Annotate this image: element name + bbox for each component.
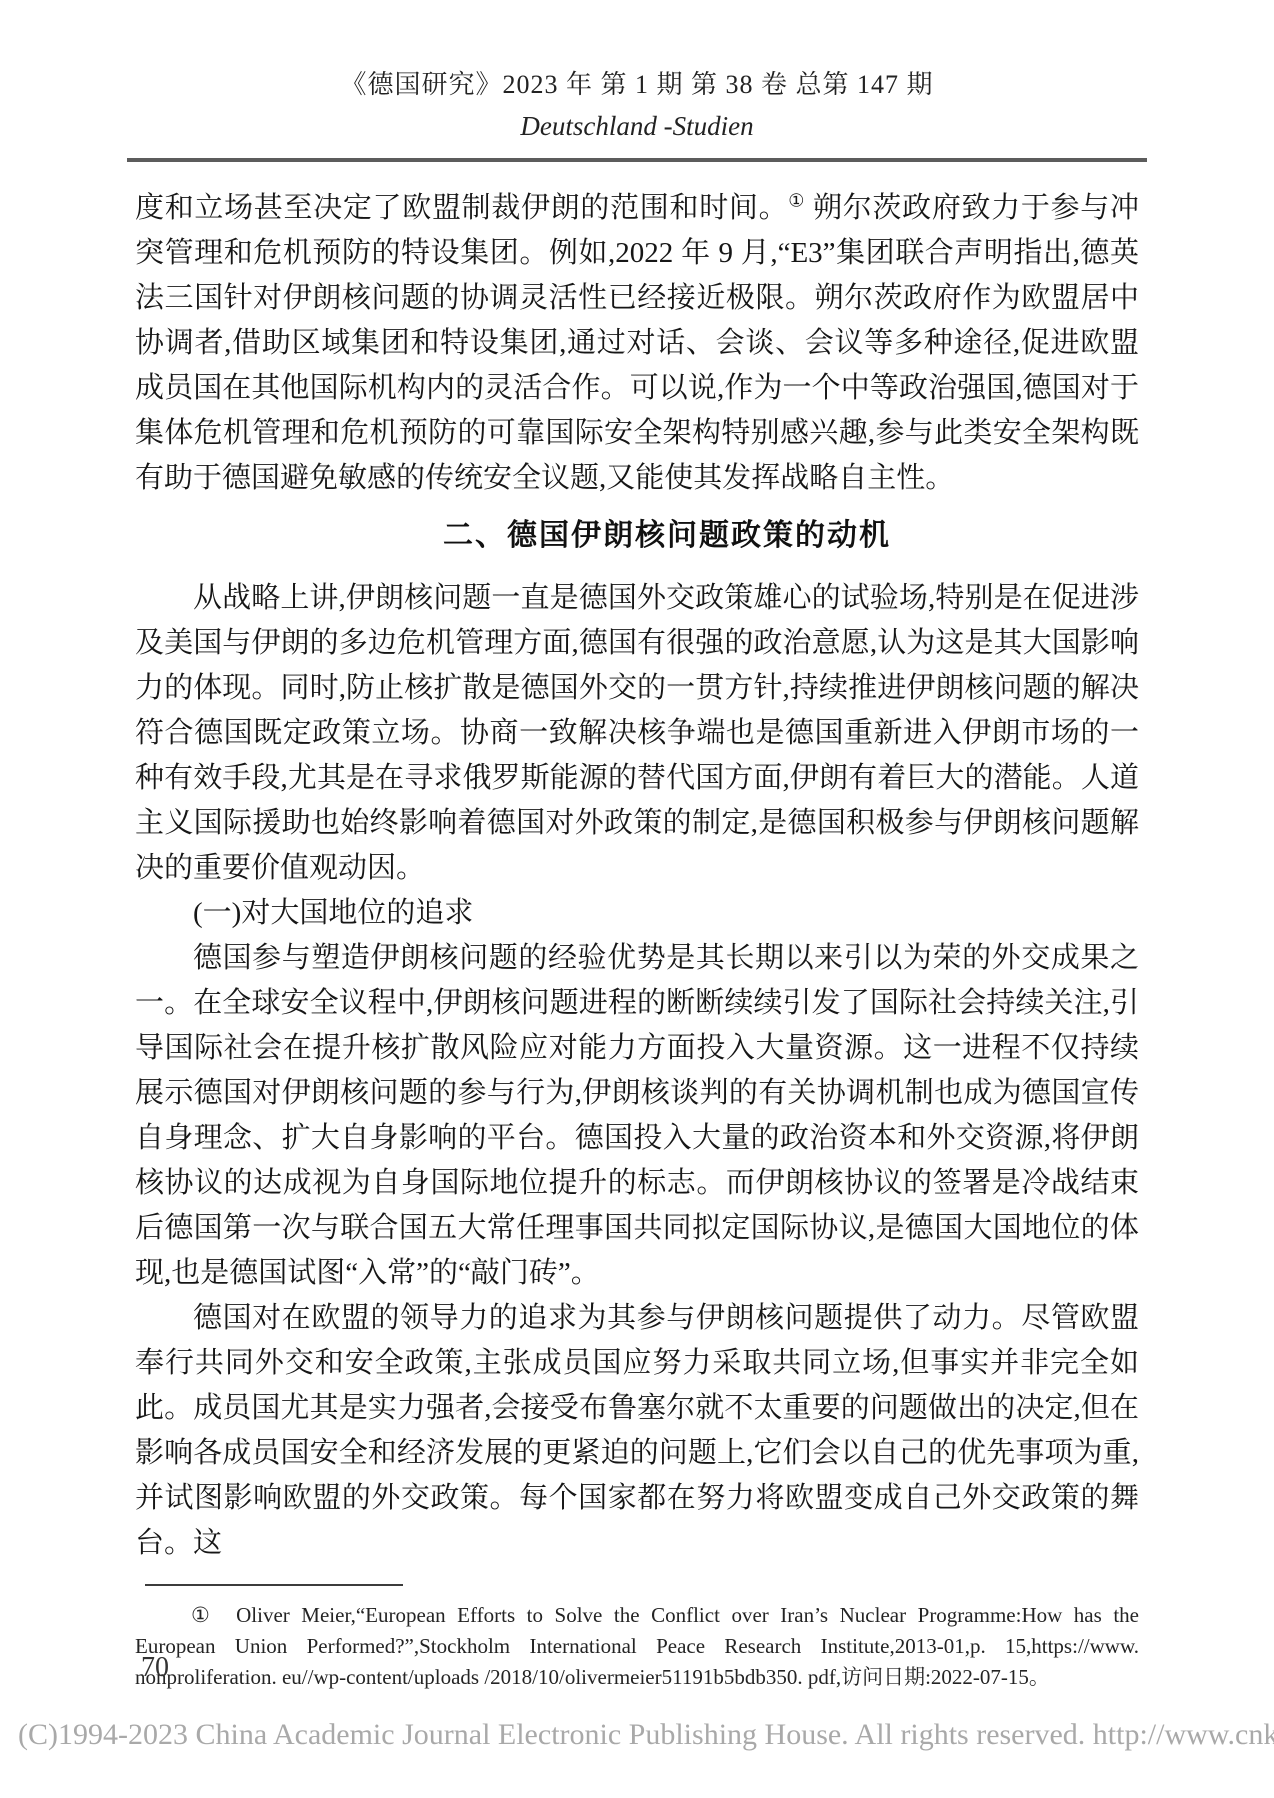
paragraph-continuation: 度和立场甚至决定了欧盟制裁伊朗的范围和时间。① 朔尔茨政府致力于参与冲突管理和危… xyxy=(135,186,1139,501)
paragraph-text: 朔尔茨政府致力于参与冲突管理和危机预防的特设集团。例如,2022 年 9 月,“… xyxy=(135,192,1139,494)
paragraph: 从战略上讲,伊朗核问题一直是德国外交政策雄心的试验场,特别是在促进涉及美国与伊朗… xyxy=(135,576,1139,891)
footnote-marker: ① xyxy=(191,1603,216,1627)
article-body: 度和立场甚至决定了欧盟制裁伊朗的范围和时间。① 朔尔茨政府致力于参与冲突管理和危… xyxy=(135,186,1139,1566)
journal-subtitle: Deutschland -Studien xyxy=(0,111,1274,142)
footnote-reference: ① xyxy=(788,190,805,210)
header-rule xyxy=(127,158,1147,162)
section-heading: 二、德国伊朗核问题政策的动机 xyxy=(135,513,1139,558)
paragraph-text: 度和立场甚至决定了欧盟制裁伊朗的范围和时间。 xyxy=(135,192,788,224)
journal-page: 《德国研究》2023 年 第 1 期 第 38 卷 总第 147 期 Deuts… xyxy=(0,0,1274,1798)
footnote-text: Oliver Meier,“European Efforts to Solve … xyxy=(135,1603,1139,1689)
paragraph: 德国对在欧盟的领导力的追求为其参与伊朗核问题提供了动力。尽管欧盟奉行共同外交和安… xyxy=(135,1296,1139,1566)
journal-issue-line: 《德国研究》2023 年 第 1 期 第 38 卷 总第 147 期 xyxy=(0,64,1274,101)
sub-heading: (一)对大国地位的追求 xyxy=(135,891,1139,936)
page-header: 《德国研究》2023 年 第 1 期 第 38 卷 总第 147 期 Deuts… xyxy=(0,0,1274,162)
footnote-area: ①Oliver Meier,“European Efforts to Solve… xyxy=(135,1584,1139,1693)
footnote-separator xyxy=(145,1584,403,1586)
page-number: 70 xyxy=(141,1652,169,1684)
paragraph: 德国参与塑造伊朗核问题的经验优势是其长期以来引以为荣的外交成果之一。在全球安全议… xyxy=(135,936,1139,1296)
footnote: ①Oliver Meier,“European Efforts to Solve… xyxy=(135,1600,1139,1693)
copyright-notice: (C)1994-2023 China Academic Journal Elec… xyxy=(18,1718,1274,1752)
